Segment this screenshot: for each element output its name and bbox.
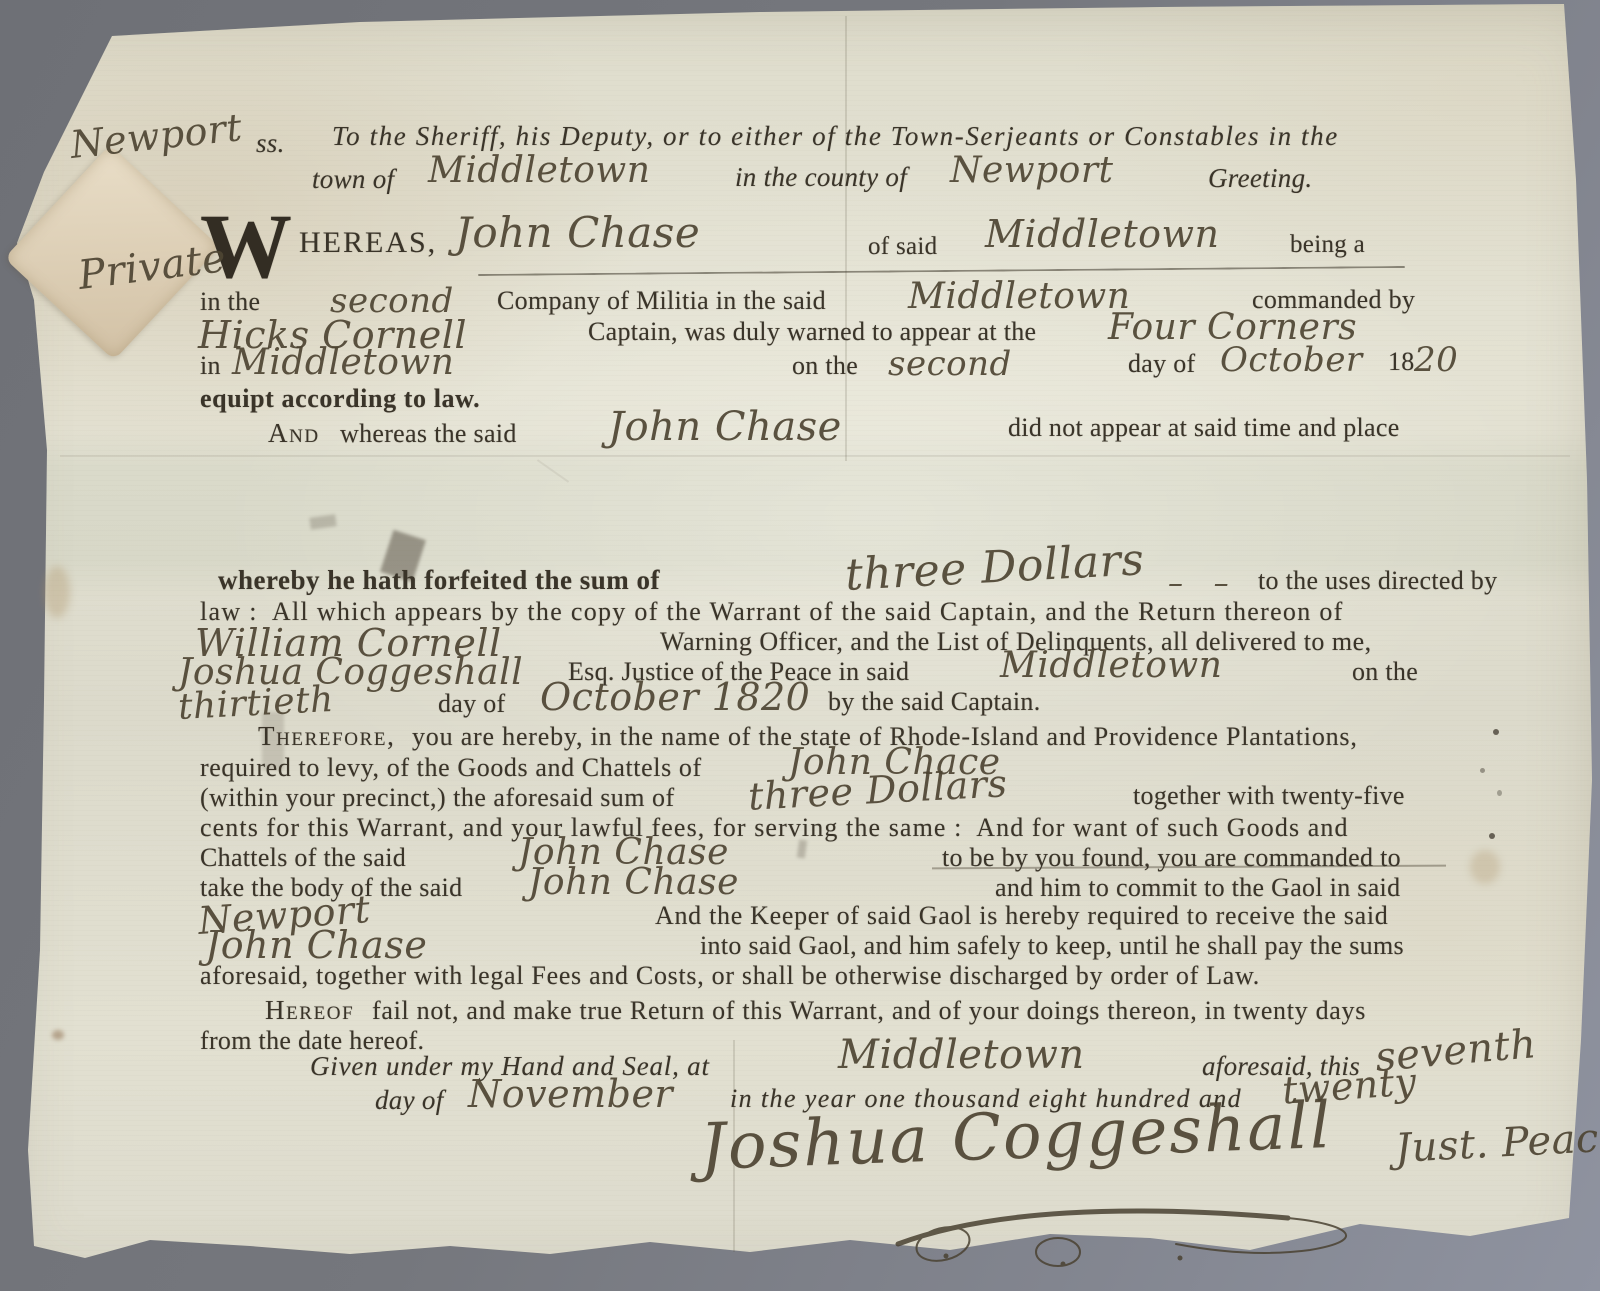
therefore-label: Therefore, <box>258 721 395 752</box>
found-line: to be by you found, you are commanded to <box>942 843 1401 873</box>
hereof-label: Hereof <box>265 995 354 1026</box>
levy-line: required to levy, of the Goods and Chatt… <box>200 753 702 783</box>
addressee-line: To the Sheriff, his Deputy, or to either… <box>332 121 1339 152</box>
stain-left-edge <box>44 566 70 618</box>
day-of-label-3: day of <box>375 1085 444 1116</box>
chattels-label: Chattels of the said <box>200 843 406 873</box>
of-said-label: of said <box>868 233 937 261</box>
ink-speck-3 <box>1497 790 1502 796</box>
signature-flourish <box>858 1186 1378 1276</box>
hereof-rest: fail not, and make true Return of this W… <box>372 996 1366 1026</box>
justice-town-handwritten: Middletown <box>1000 645 1222 686</box>
seal-town-handwritten: Middletown <box>838 1032 1085 1078</box>
being-a-label: being a <box>1290 231 1365 259</box>
on-the-label: on the <box>792 351 858 381</box>
town-of-value-handwritten: Middletown <box>428 150 650 191</box>
equipt-line: equipt according to law. <box>200 384 480 414</box>
precinct-line: (within your precinct,) the aforesaid su… <box>200 783 675 813</box>
and-rest: whereas the said <box>340 419 517 449</box>
and-label: And <box>268 418 320 449</box>
defendant-name-1: John Chase <box>455 208 700 257</box>
fold-vertical-top <box>845 16 847 461</box>
commit-line: and him to commit to the Gaol in said <box>995 873 1400 903</box>
greeting-label: Greeting. <box>1208 163 1312 194</box>
cents-line: cents for this Warrant, and your lawful … <box>200 813 1349 843</box>
militia-town-handwritten: Middletown <box>908 276 1130 317</box>
uses-directed-line: to the uses directed by <box>1258 566 1497 596</box>
muster-day-handwritten: second <box>888 344 1012 384</box>
stain-right-edge <box>1470 850 1500 884</box>
twenty-five-line: together with twenty-five <box>1133 781 1405 811</box>
forfeit-dashes: – – <box>1168 566 1229 601</box>
year-printed: 18 <box>1388 347 1415 377</box>
defendant-name-2: John Chase <box>608 404 842 450</box>
year-handwritten: 20 <box>1414 340 1458 380</box>
county-value-handwritten: Newport <box>950 150 1114 191</box>
seal-month-handwritten: November <box>468 1072 673 1116</box>
muster-town-handwritten: Middletown <box>232 342 454 383</box>
foxing-spot-bottom-left <box>52 1030 64 1040</box>
ink-speck-2 <box>1480 768 1485 773</box>
keeper-line: And the Keeper of said Gaol is hereby re… <box>655 901 1389 931</box>
document-photo: Newport ss. To the Sheriff, his Deputy, … <box>0 0 1600 1291</box>
on-the-label-2: on the <box>1352 657 1418 687</box>
defendant-name-5: John Chase <box>528 862 739 903</box>
into-gaol-line: into said Gaol, and him safely to keep, … <box>700 931 1404 961</box>
company-line: Company of Militia in the said <box>497 286 826 316</box>
ink-speck-1 <box>1493 729 1499 735</box>
ink-speck-4 <box>1489 833 1495 839</box>
forfeit-lead: whereby he hath forfeited the sum of <box>218 565 660 596</box>
delivery-month-year-handwritten: October 1820 <box>540 675 810 719</box>
did-not-appear-line: did not appear at said time and place <box>1008 413 1400 443</box>
in-label: in <box>200 351 221 381</box>
town-of-label: town of <box>312 164 394 195</box>
fold-horizontal <box>60 455 1570 457</box>
captain-line: Captain, was duly warned to appear at th… <box>588 317 1036 347</box>
day-of-label: day of <box>1128 349 1196 379</box>
muster-month-handwritten: October <box>1220 340 1363 380</box>
whereas-word: HEREAS, <box>299 226 437 260</box>
county-label: in the county of <box>735 162 907 193</box>
ss-label: ss. <box>256 128 285 159</box>
by-captain-line: by the said Captain. <box>828 687 1041 717</box>
day-of-label-2: day of <box>438 689 506 719</box>
of-said-town-handwritten: Middletown <box>985 212 1220 256</box>
aforesaid-line: aforesaid, together with legal Fees and … <box>200 961 1260 991</box>
